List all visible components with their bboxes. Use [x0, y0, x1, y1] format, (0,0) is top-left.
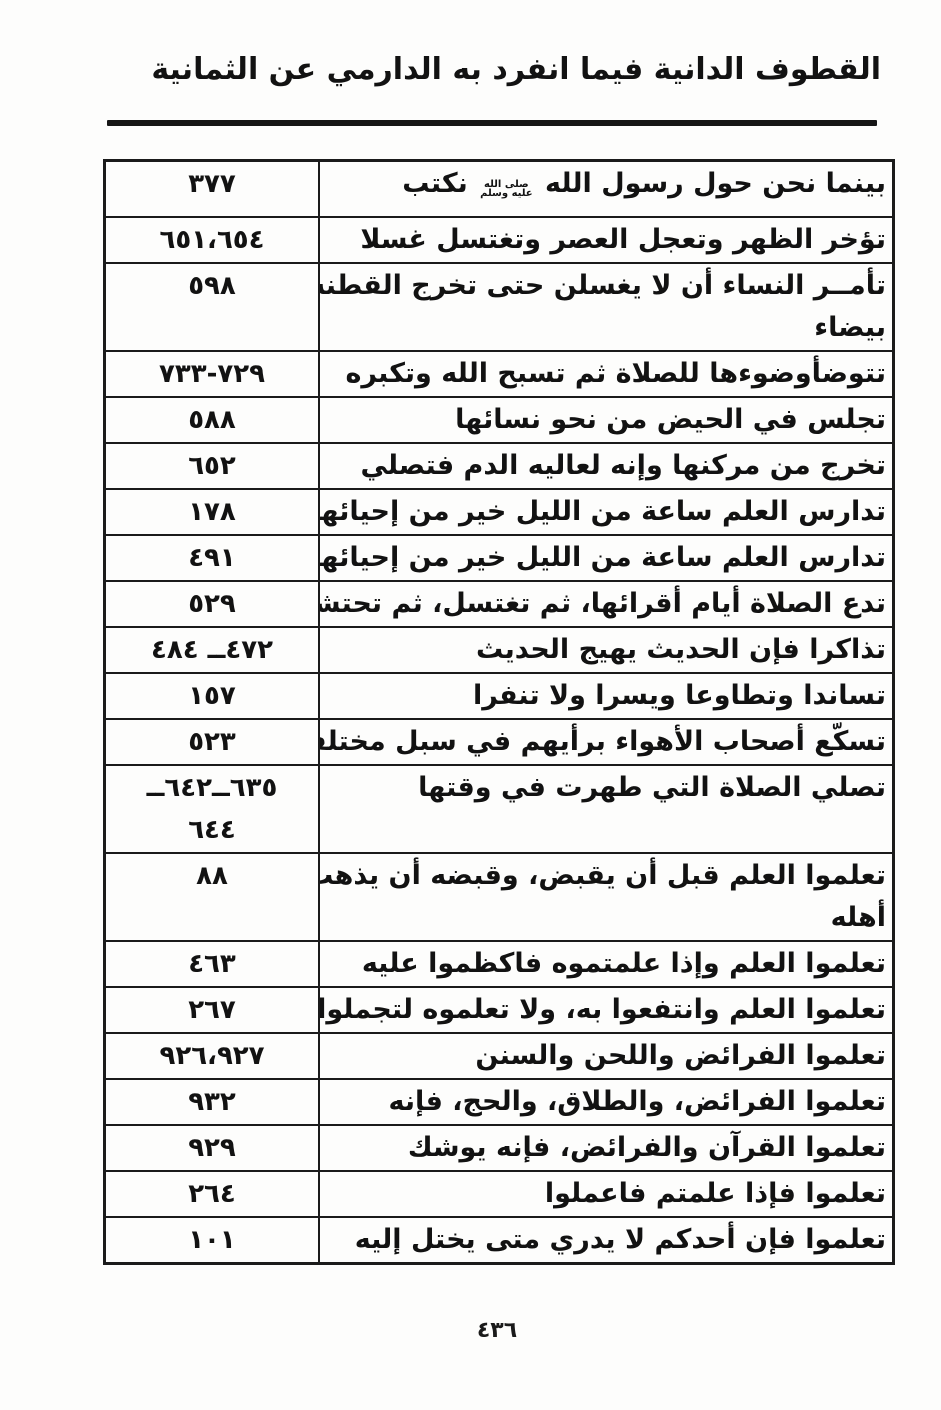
- entry-cell: تذاكرا فإن الحديث يهيج الحديث: [319, 627, 894, 673]
- index-table-body: بينما نحن حول رسول الله صلى اللهعليه وسل…: [105, 161, 894, 1264]
- entry-text: تعلموا الفرائض، والطلاق، والحج، فإنه: [389, 1086, 886, 1117]
- entry-text: تصلي الصلاة التي طهرت في وقتها: [418, 772, 886, 803]
- entry-cell: تتوضأوضوءها للصلاة ثم تسبح الله وتكبره: [319, 351, 894, 397]
- table-row: تدع الصلاة أيام أقرائها، ثم تغتسل، ثم تح…: [105, 581, 894, 627]
- entry-cell: تعلموا الفرائض، والطلاق، والحج، فإنه: [319, 1079, 894, 1125]
- pages-cell: ٤٦٣: [105, 941, 320, 987]
- pages-cell: ٨٨: [105, 853, 320, 941]
- table-row: تعلموا فإذا علمتم فاعملوا٢٦٤: [105, 1171, 894, 1217]
- entry-text: نكتب: [402, 168, 477, 199]
- entry-cell: تعلموا القرآن والفرائض، فإنه يوشك: [319, 1125, 894, 1171]
- hadith-index-table: بينما نحن حول رسول الله صلى اللهعليه وسل…: [103, 159, 895, 1265]
- salla-honorific-mark: صلى اللهعليه وسلم: [480, 180, 533, 198]
- entry-text: تعلموا العلم قبل أن يقبض، وقبضه أن يذهب: [319, 860, 886, 891]
- page-number: ٤٦٣: [188, 949, 236, 979]
- pages-cell: ٥٢٣: [105, 719, 320, 765]
- page-number: ٩٢٩: [188, 1133, 236, 1163]
- entry-cell: تدارس العلم ساعة من الليل خير من إحيائها: [319, 489, 894, 535]
- table-row: تعلموا الفرائض، والطلاق، والحج، فإنه٩٣٢: [105, 1079, 894, 1125]
- page-number: ٤٨٤ ــ٤٧٢: [151, 635, 273, 665]
- table-row: تعلموا العلم قبل أن يقبض، وقبضه أن يذهبأ…: [105, 853, 894, 941]
- table-row: تعلموا العلم وانتفعوا به، ولا تعلموه لتج…: [105, 987, 894, 1033]
- page-number: ــ٦٤٢ــ٦٣٥: [147, 773, 278, 803]
- table-row: تعلموا فإن أحدكم لا يدري متى يختل إليه١٠…: [105, 1217, 894, 1264]
- entry-cell: تجلس في الحيض من نحو نسائها: [319, 397, 894, 443]
- entry-text: تأمــر النساء أن لا يغسلن حتى تخرج القطن…: [319, 270, 886, 301]
- page-number: ٦٤٤: [188, 815, 236, 845]
- entry-cell: تعلموا العلم وانتفعوا به، ولا تعلموه لتج…: [319, 987, 894, 1033]
- page-number: ٦٥١،٦٥٤: [159, 225, 264, 255]
- pages-cell: ١٧٨: [105, 489, 320, 535]
- entry-cell: تعلموا العلم قبل أن يقبض، وقبضه أن يذهبأ…: [319, 853, 894, 941]
- entry-text: تخرج من مركنها وإنه لعاليه الدم فتصلي: [361, 450, 887, 481]
- pages-cell: ١٥٧: [105, 673, 320, 719]
- table-row: تعلموا القرآن والفرائض، فإنه يوشك٩٢٩: [105, 1125, 894, 1171]
- table-row: تساندا وتطاوعا ويسرا ولا تنفرا١٥٧: [105, 673, 894, 719]
- footer-page-number: ٤٣٦: [103, 1318, 891, 1343]
- page-number: ٩٣٢: [188, 1087, 236, 1117]
- entry-text: تعلموا فإن أحدكم لا يدري متى يختل إليه: [355, 1224, 886, 1255]
- entry-text: تعلموا العلم وإذا علمتموه فاكظموا عليه: [362, 948, 886, 979]
- table-row: تذاكرا فإن الحديث يهيج الحديث٤٨٤ ــ٤٧٢: [105, 627, 894, 673]
- entry-text: تعلموا فإذا علمتم فاعملوا: [545, 1178, 886, 1209]
- entry-cell: تعلموا فإن أحدكم لا يدري متى يختل إليه: [319, 1217, 894, 1264]
- entry-text: تسكّع أصحاب الأهواء برأيهم في سبل مختلفة: [319, 726, 886, 757]
- page-title: القطوف الدانية فيما انفرد به الدارمي عن …: [151, 52, 881, 87]
- entry-cell: تدع الصلاة أيام أقرائها، ثم تغتسل، ثم تح…: [319, 581, 894, 627]
- pages-cell: ٤٨٤ ــ٤٧٢: [105, 627, 320, 673]
- entry-text: تدع الصلاة أيام أقرائها، ثم تغتسل، ثم تح…: [319, 588, 886, 619]
- page-number: ٥٢٣: [188, 727, 236, 757]
- entry-text: تعلموا القرآن والفرائض، فإنه يوشك: [408, 1132, 886, 1163]
- entry-text: تعلموا العلم وانتفعوا به، ولا تعلموه لتج…: [319, 994, 886, 1025]
- entry-text: تؤخر الظهر وتعجل العصر وتغتسل غسلا: [360, 224, 886, 255]
- header-rule: [107, 120, 877, 126]
- table-row: تجلس في الحيض من نحو نسائها٥٨٨: [105, 397, 894, 443]
- pages-cell: ٩٢٦،٩٢٧: [105, 1033, 320, 1079]
- entry-text: تساندا وتطاوعا ويسرا ولا تنفرا: [473, 680, 886, 711]
- pages-cell: ٦٥١،٦٥٤: [105, 217, 320, 263]
- table-row: تعلموا العلم وإذا علمتموه فاكظموا عليه٤٦…: [105, 941, 894, 987]
- table-row: تعلموا الفرائض واللحن والسنن٩٢٦،٩٢٧: [105, 1033, 894, 1079]
- page-number: ٣٧٧: [188, 169, 236, 199]
- page-number: ٢٦٧: [188, 995, 236, 1025]
- entry-text: تعلموا الفرائض واللحن والسنن: [475, 1040, 886, 1071]
- pages-cell: ٤٩١: [105, 535, 320, 581]
- page-number: ٩٢٦،٩٢٧: [159, 1041, 264, 1071]
- page-number: ٥٨٨: [188, 405, 236, 435]
- table-row: تدارس العلم ساعة من الليل خير من إحيائها…: [105, 535, 894, 581]
- table-row: تتوضأوضوءها للصلاة ثم تسبح الله وتكبره٧٣…: [105, 351, 894, 397]
- table-row: تؤخر الظهر وتعجل العصر وتغتسل غسلا٦٥١،٦٥…: [105, 217, 894, 263]
- entry-text: أهله: [831, 902, 886, 933]
- entry-cell: تعلموا الفرائض واللحن والسنن: [319, 1033, 894, 1079]
- pages-cell: ٥٨٨: [105, 397, 320, 443]
- entry-cell: تدارس العلم ساعة من الليل خير من إحيائها: [319, 535, 894, 581]
- entry-text: بينما نحن حول رسول الله: [536, 168, 886, 199]
- entry-cell: تؤخر الظهر وتعجل العصر وتغتسل غسلا: [319, 217, 894, 263]
- entry-cell: تسكّع أصحاب الأهواء برأيهم في سبل مختلفة: [319, 719, 894, 765]
- pages-cell: ٢٦٤: [105, 1171, 320, 1217]
- page-number: ١٥٧: [188, 681, 236, 711]
- page-number: ١٧٨: [188, 497, 236, 527]
- entry-text: تدارس العلم ساعة من الليل خير من إحيائها: [319, 542, 886, 573]
- page-number: ٥٢٩: [188, 589, 236, 619]
- entry-text: بيضاء: [814, 312, 886, 343]
- pages-cell: ــ٦٤٢ــ٦٣٥٦٤٤: [105, 765, 320, 853]
- page-number: ٥٩٨: [188, 271, 236, 301]
- entry-text: تدارس العلم ساعة من الليل خير من إحيائها: [319, 496, 886, 527]
- table-row: بينما نحن حول رسول الله صلى اللهعليه وسل…: [105, 161, 894, 218]
- table-row: تدارس العلم ساعة من الليل خير من إحيائها…: [105, 489, 894, 535]
- entry-text: تجلس في الحيض من نحو نسائها: [455, 404, 886, 435]
- document-page: القطوف الدانية فيما انفرد به الدارمي عن …: [0, 0, 941, 1410]
- table-row: تخرج من مركنها وإنه لعاليه الدم فتصلي٦٥٢: [105, 443, 894, 489]
- table-row: تصلي الصلاة التي طهرت في وقتهاــ٦٤٢ــ٦٣٥…: [105, 765, 894, 853]
- entry-cell: تعلموا فإذا علمتم فاعملوا: [319, 1171, 894, 1217]
- entry-cell: تعلموا العلم وإذا علمتموه فاكظموا عليه: [319, 941, 894, 987]
- pages-cell: ٩٢٩: [105, 1125, 320, 1171]
- pages-cell: ٩٣٢: [105, 1079, 320, 1125]
- pages-cell: ٢٦٧: [105, 987, 320, 1033]
- entry-text: تذاكرا فإن الحديث يهيج الحديث: [476, 634, 886, 665]
- entry-cell: تصلي الصلاة التي طهرت في وقتها: [319, 765, 894, 853]
- pages-cell: ٥٢٩: [105, 581, 320, 627]
- page-number: ١٠١: [188, 1225, 236, 1255]
- entry-text: تتوضأوضوءها للصلاة ثم تسبح الله وتكبره: [345, 358, 886, 389]
- page-number: ٤٩١: [188, 543, 236, 573]
- page-number: ٧٣٣-٧٢٩: [159, 359, 265, 389]
- pages-cell: ٣٧٧: [105, 161, 320, 218]
- page-number: ٨٨: [196, 861, 228, 891]
- entry-cell: تخرج من مركنها وإنه لعاليه الدم فتصلي: [319, 443, 894, 489]
- entry-cell: تأمــر النساء أن لا يغسلن حتى تخرج القطن…: [319, 263, 894, 351]
- table-row: تأمــر النساء أن لا يغسلن حتى تخرج القطن…: [105, 263, 894, 351]
- pages-cell: ٦٥٢: [105, 443, 320, 489]
- pages-cell: ١٠١: [105, 1217, 320, 1264]
- table-row: تسكّع أصحاب الأهواء برأيهم في سبل مختلفة…: [105, 719, 894, 765]
- entry-cell: تساندا وتطاوعا ويسرا ولا تنفرا: [319, 673, 894, 719]
- pages-cell: ٧٣٣-٧٢٩: [105, 351, 320, 397]
- entry-cell: بينما نحن حول رسول الله صلى اللهعليه وسل…: [319, 161, 894, 218]
- pages-cell: ٥٩٨: [105, 263, 320, 351]
- page-number: ٦٥٢: [188, 451, 236, 481]
- page-number: ٢٦٤: [188, 1179, 236, 1209]
